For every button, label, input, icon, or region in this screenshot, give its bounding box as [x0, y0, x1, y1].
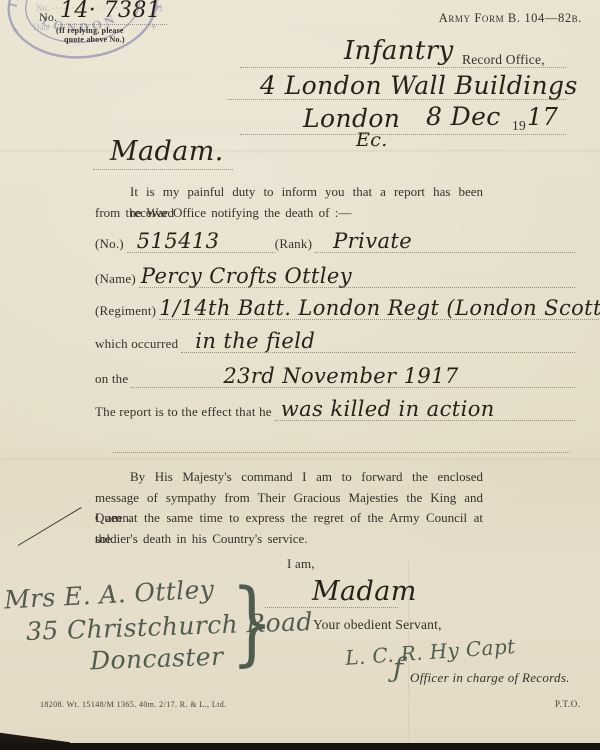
fold-crease-middle	[0, 458, 600, 461]
closing-salutation-handwritten: Madam	[312, 576, 417, 607]
field-row-date-of-death: on the 23rd November 1917	[95, 365, 575, 387]
closing-i-am: I am,	[287, 556, 315, 572]
obedient-servant: Your obedient Servant,	[313, 617, 442, 633]
field-report-value: was killed in action	[275, 398, 575, 421]
stamp-plus-left: +	[12, 23, 19, 37]
address-handwritten: 4 London Wall Buildings	[260, 71, 578, 100]
field-rank-value: Private	[315, 230, 575, 253]
office-name-printed: Record Office,	[462, 52, 545, 68]
field-row-regiment: (Regiment) 1/14th Batt. London Regt (Lon…	[95, 297, 575, 319]
recipient-name: Mrs E. A. Ottley	[3, 575, 215, 615]
sympathy-line-4: soldier's death in his Country's service…	[95, 529, 483, 550]
for-mark: ƒ	[393, 653, 403, 684]
pen-slash-mark	[18, 507, 82, 546]
pto-label: P.T.O.	[555, 699, 581, 709]
field-no-label: (No.)	[95, 236, 127, 252]
form-number: Army Form B. 104—82b.	[439, 11, 582, 26]
intro-line-2: from the War Office notifying the death …	[95, 203, 483, 224]
field-report-label: The report is to the effect that he	[95, 404, 275, 420]
replying-note-line1: (If replying, please	[56, 26, 124, 35]
field-no-value: 515413	[127, 230, 275, 253]
blank-continuation-rule	[113, 452, 570, 453]
sympathy-line-1: By His Majesty's command I am to forward…	[95, 467, 483, 488]
date-rule	[240, 134, 566, 135]
year-handwritten: 17	[527, 103, 558, 131]
replying-note-line2: quote above No.)	[64, 35, 125, 44]
field-row-name: (Name) Percy Crofts Ottley	[95, 265, 575, 287]
field-on-the-label: on the	[95, 371, 131, 387]
field-occurred-label: which occurred	[95, 336, 181, 352]
field-regiment-label: (Regiment)	[95, 303, 159, 319]
fold-crease-upper	[0, 150, 600, 153]
recipient-town: Doncaster	[90, 642, 224, 676]
ref-number-label: No.	[39, 10, 57, 25]
scan-edge	[0, 743, 600, 750]
paper-corner-shadow	[0, 729, 70, 744]
field-on-the-value: 23rd November 1917	[131, 365, 575, 388]
field-name-value: Percy Crofts Ottley	[139, 265, 575, 288]
field-rank-label: (Rank)	[275, 236, 315, 252]
date-handwritten: 8 Dec	[426, 102, 501, 131]
field-row-number-rank: (No.) 515413 (Rank) Private	[95, 230, 575, 252]
field-row-report: The report is to the effect that he was …	[95, 398, 575, 420]
city-sub-handwritten: Ec.	[356, 129, 388, 151]
field-regiment-value: 1/14th Batt. London Regt (London Scottis…	[159, 297, 600, 320]
salutation-rule	[93, 169, 233, 170]
field-occurred-value: in the field	[181, 330, 575, 353]
officer-signature: L. C. R. Hy Capt	[344, 634, 516, 670]
army-form-letter-scan: INFANTRY RECORD OFFICE LONDON + + No. Da…	[0, 0, 600, 750]
printer-imprint: 18208. Wt. 15148/M 1365. 40m. 2/17. R. &…	[40, 700, 227, 709]
recipient-brace: }	[231, 575, 273, 671]
year-printed: 19	[512, 118, 526, 134]
field-name-label: (Name)	[95, 271, 139, 287]
officer-title: Officer in charge of Records.	[410, 670, 570, 686]
fold-crease-vertical	[408, 560, 410, 745]
field-row-occurred: which occurred in the field	[95, 330, 575, 352]
office-name-handwritten: Infantry	[344, 36, 454, 66]
ref-number-value: 14· 7381	[58, 0, 167, 25]
